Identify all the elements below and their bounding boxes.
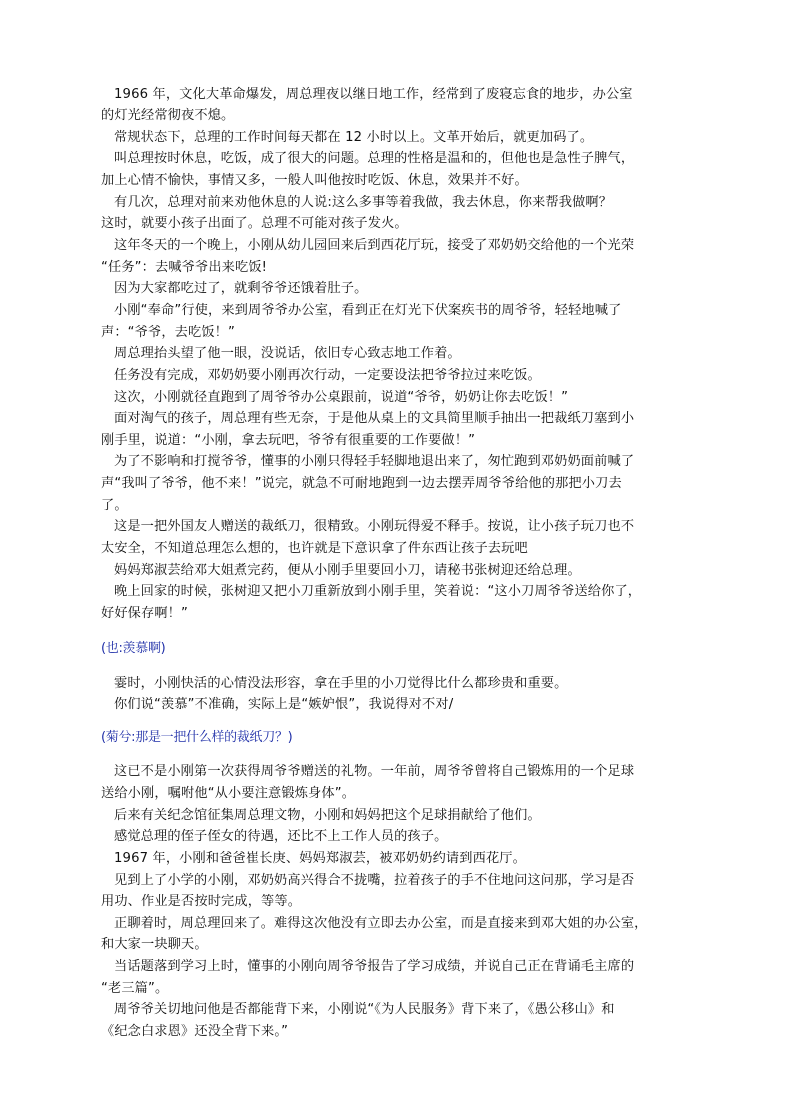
paragraph-line: 因为大家都吃过了，就剩爷爷还饿着肚子。 bbox=[114, 280, 367, 298]
paragraph-line: 晚上回家的时候，张树迎又把小刀重新放到小刚手里，笑着说：“这小刀周爷爷送给你了， bbox=[114, 583, 641, 601]
paragraph-line: 常规状态下，总理的工作时间每天都在 12 小时以上。文革开始后，就更加码了。 bbox=[114, 129, 593, 147]
paragraph-line: 这是一把外国友人赠送的裁纸刀，很精致。小刚玩得爱不释手。按说，让小孩子玩刀也不 bbox=[114, 518, 634, 536]
paragraph-line: 为了不影响和打搅爷爷，懂事的小刚只得轻手轻脚地退出来了，匆忙跑到邓奶奶面前喊了 bbox=[114, 453, 634, 471]
document-page: 1966 年，文化大革命爆发，周总理夜以继日地工作，经常到了废寝忘食的地步，办公… bbox=[0, 0, 800, 1100]
paragraph-line: 这次，小刚就径直跑到了周爷爷办公桌跟前，说道“爷爷，奶奶让你去吃饭！” bbox=[114, 389, 568, 407]
paragraph-line: 有几次，总理对前来劝他休息的人说:这么多事等着我做，我去休息，你来帮我做啊？ bbox=[114, 194, 612, 212]
paragraph-line: 这年冬天的一个晚上，小刚从幼儿园回来后到西花厅玩，接受了邓奶奶交给他的一个光荣 bbox=[114, 237, 634, 255]
paragraph-line: 太安全，不知道总理怎么想的，也许就是下意识拿了件东西让孩子去玩吧 bbox=[101, 540, 528, 558]
paragraph-line: 周爷爷关切地问他是否都能背下来，小刚说“《为人民服务》背下来了，《愚公移山》和 bbox=[114, 1001, 615, 1019]
paragraph-line: 《纪念白求恩》还没全背下来。” bbox=[101, 1023, 288, 1041]
paragraph-line: 声“我叫了爷爷，他不来！”说完，就急不可耐地跑到一边去摆弄周爷爷给他的那把小刀去 bbox=[101, 475, 622, 493]
paragraph-line: 面对淘气的孩子，周总理有些无奈，于是他从桌上的文具简里顺手抽出一把裁纸刀塞到小 bbox=[114, 410, 634, 428]
paragraph-line: 这时，就要小孩子出面了。总理不可能对孩子发火。 bbox=[101, 215, 408, 233]
paragraph-line: 用功、作业是否按时完成，等等。 bbox=[101, 893, 301, 911]
paragraph-line: 霎时，小刚快活的心情没法形容，拿在手里的小刀觉得比什么都珍贵和重要。 bbox=[114, 675, 567, 693]
paragraph-line: 任务没有完成，邓奶奶要小刚再次行动，一定要设法把爷爷拉过来吃饭。 bbox=[114, 367, 541, 385]
paragraph-line: 这已不是小刚第一次获得周爷爷赠送的礼物。一年前，周爷爷曾将自己锻炼用的一个足球 bbox=[114, 763, 634, 781]
paragraph-line: 见到上了小学的小刚，邓奶奶高兴得合不拢嘴，拉着孩子的手不住地问这问那，学习是否 bbox=[114, 872, 634, 890]
paragraph-line: 加上心情不愉快，事情又多，一般人叫他按时吃饭、休息，效果并不好。 bbox=[101, 172, 528, 190]
paragraph-line: 周总理抬头望了他一眼，没说话，依旧专心致志地工作着。 bbox=[114, 345, 461, 363]
paragraph-line: 好好保存啊！” bbox=[101, 605, 188, 623]
paragraph-line: 了。 bbox=[101, 497, 128, 515]
paragraph-line: 当话题落到学习上时，懂事的小刚向周爷爷报告了学习成绩，并说自己正在背诵毛主席的 bbox=[114, 958, 634, 976]
paragraph-line: 的灯光经常彻夜不熄。 bbox=[101, 107, 234, 125]
paragraph-line: 正聊着时，周总理回来了。难得这次他没有立即去办公室，而是直接来到邓大姐的办公室， bbox=[114, 915, 648, 933]
paragraph-line: 和大家一块聊天。 bbox=[101, 936, 208, 954]
paragraph-line: “老三篇”。 bbox=[101, 980, 168, 998]
paragraph-line: 你们说“羡慕”不准确，实际上是“嫉妒恨”，我说得对不对/ bbox=[114, 696, 453, 714]
paragraph-line: 1966 年，文化大革命爆发，周总理夜以继日地工作，经常到了废寝忘食的地步，办公… bbox=[114, 86, 633, 104]
paragraph-line: 声：“爷爷，去吃饭！” bbox=[101, 324, 235, 342]
paragraph-line: 送给小刚，嘱咐他“从小要注意锻炼身体”。 bbox=[101, 785, 355, 803]
reader-comment: (菊兮:那是一把什么样的裁纸刀？) bbox=[101, 729, 292, 747]
paragraph-line: 1967 年，小刚和爸爸崔长庚、妈妈郑淑芸，被邓奶奶约请到西花厅。 bbox=[114, 850, 526, 868]
paragraph-line: “任务”：去喊爷爷出来吃饭! bbox=[101, 259, 267, 277]
reader-comment: (也:羡慕啊) bbox=[101, 640, 165, 658]
paragraph-line: 妈妈郑淑芸给邓大姐煮完药，便从小刚手里要回小刀，请秘书张树迎还给总理。 bbox=[114, 562, 581, 580]
paragraph-line: 感觉总理的侄子侄女的待遇，还比不上工作人员的孩子。 bbox=[114, 828, 447, 846]
paragraph-line: 小刚“奉命”行使，来到周爷爷办公室，看到正在灯光下伏案疾书的周爷爷，轻轻地喊了 bbox=[114, 302, 621, 320]
paragraph-line: 后来有关纪念馆征集周总理文物，小刚和妈妈把这个足球捐献给了他们。 bbox=[114, 807, 541, 825]
paragraph-line: 刚手里，说道：“小刚，拿去玩吧，爷爷有很重要的工作要做！” bbox=[101, 432, 475, 450]
paragraph-line: 叫总理按时休息，吃饭，成了很大的问题。总理的性格是温和的，但他也是急性子脾气， bbox=[114, 150, 634, 168]
